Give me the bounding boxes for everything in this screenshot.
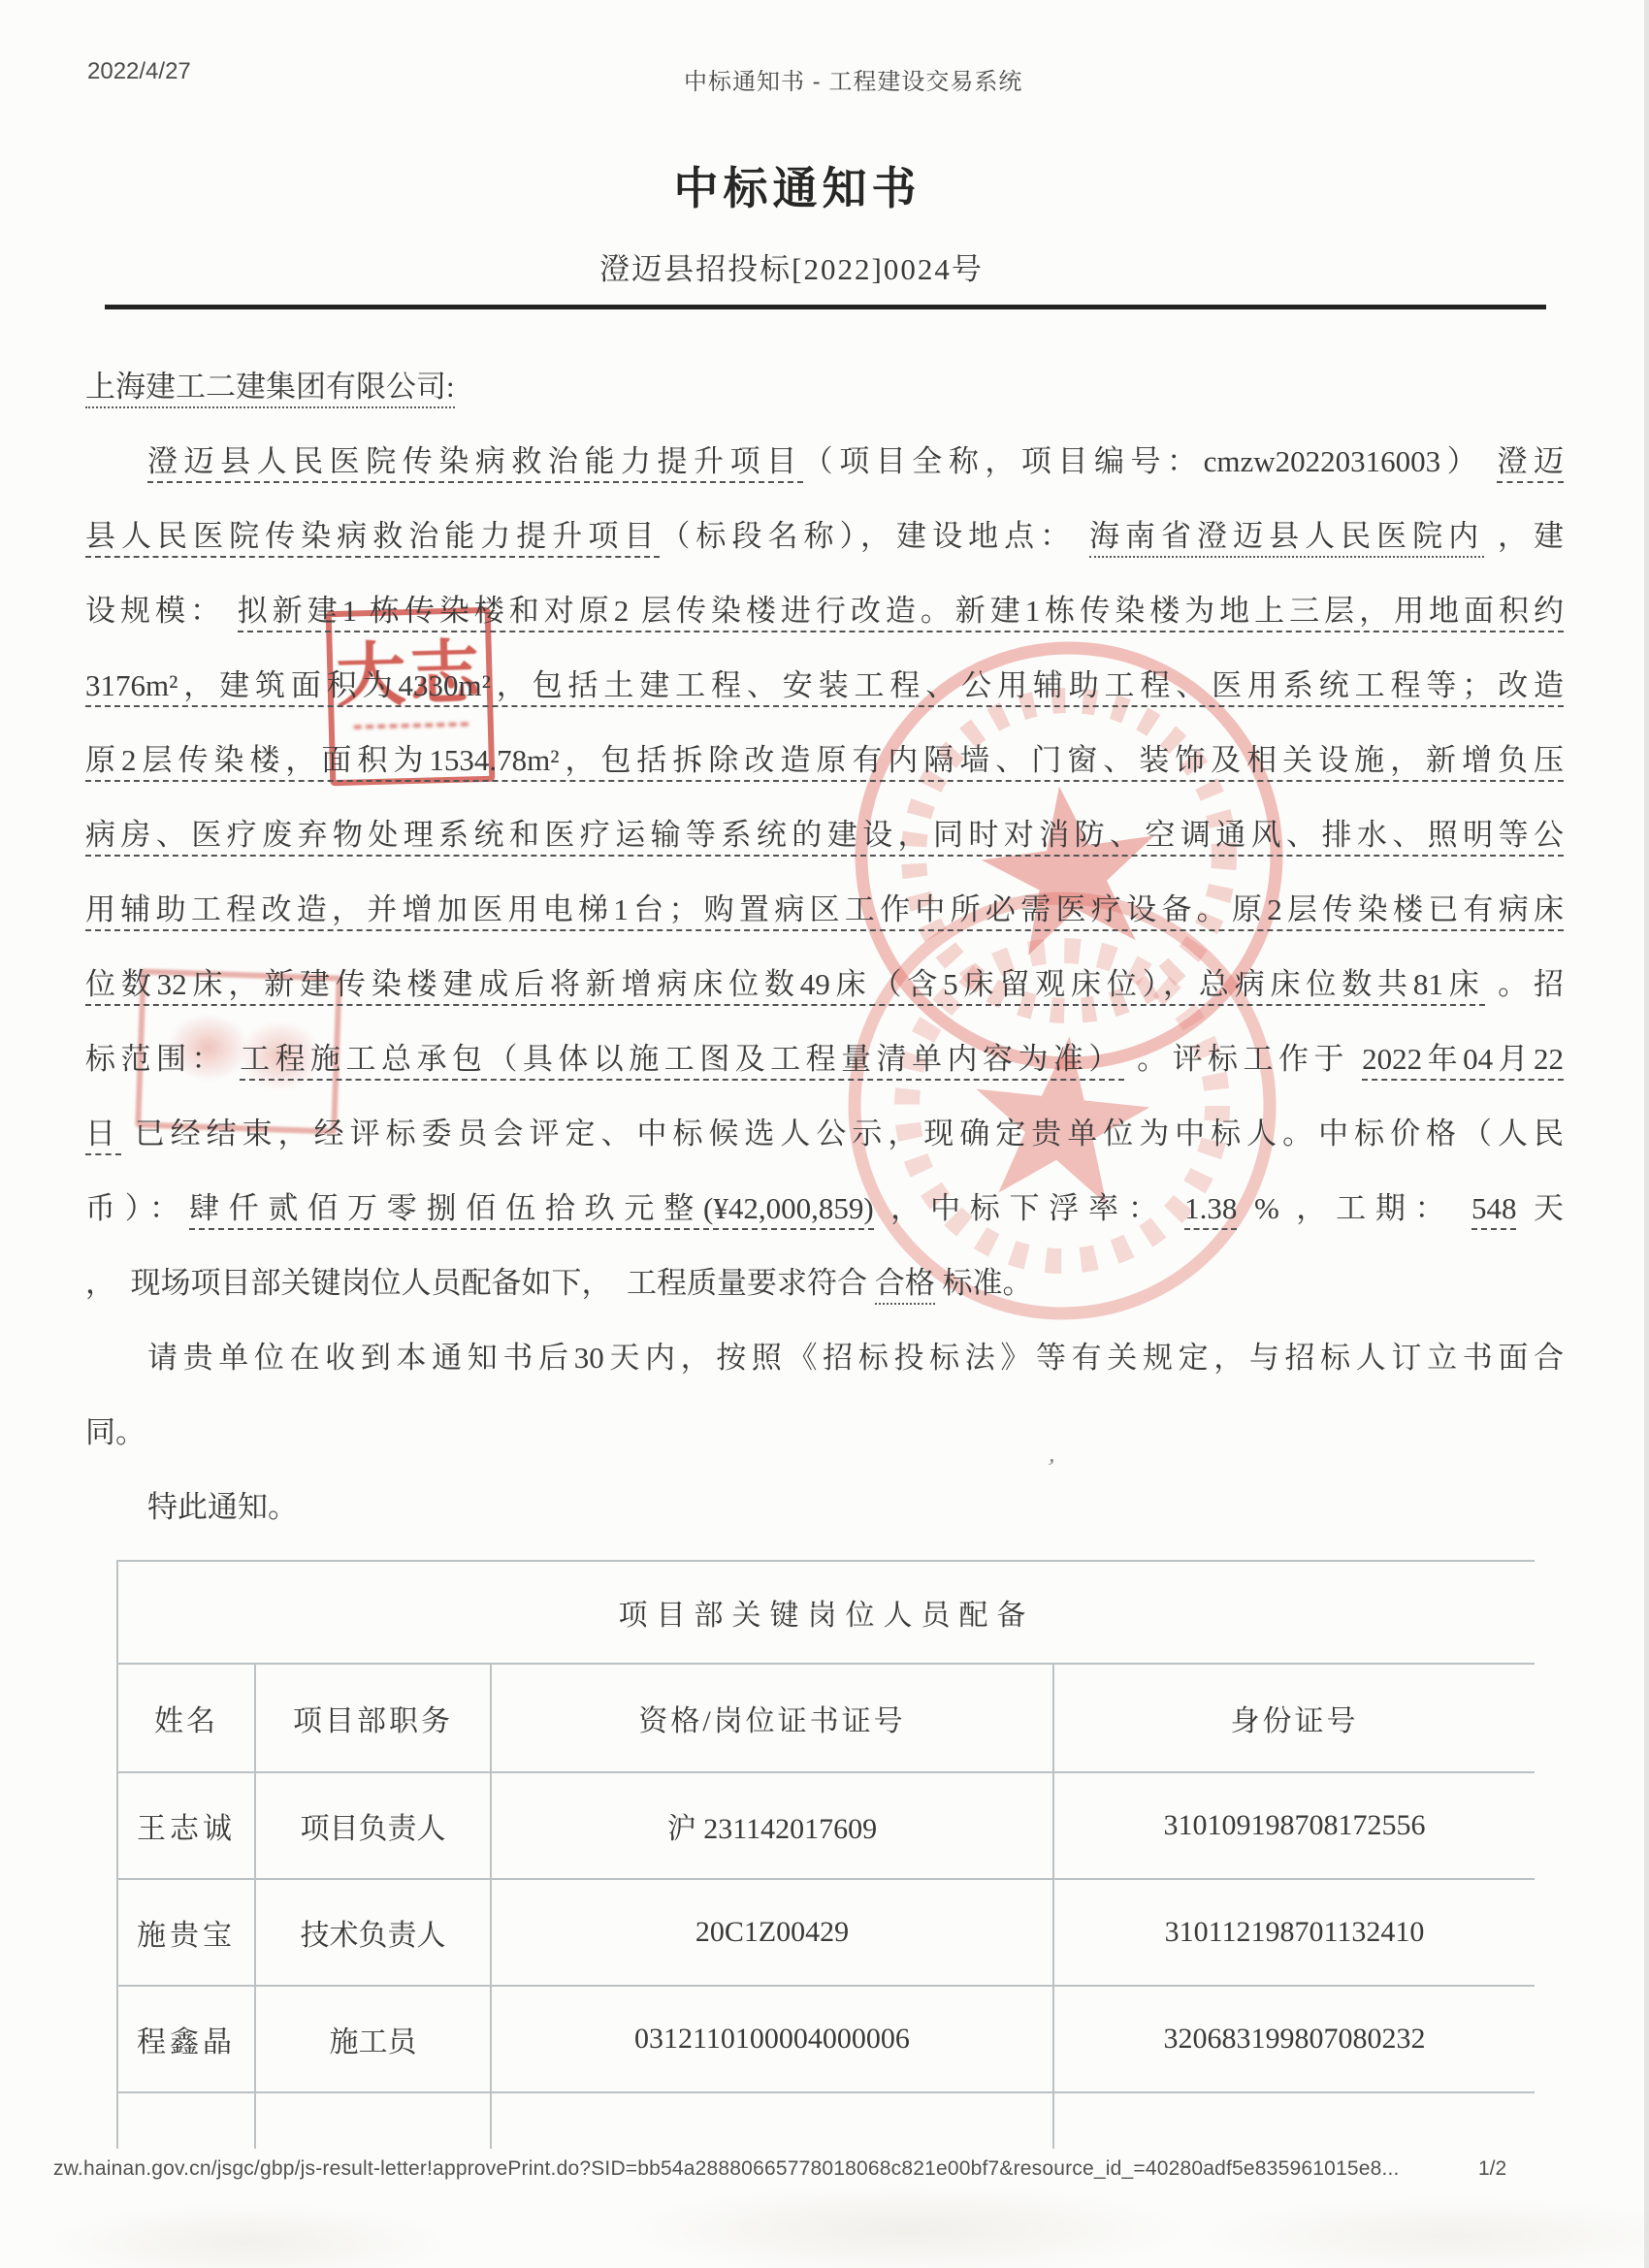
table-row-clipped [117, 2092, 1535, 2149]
document-line: 币）：肆仟贰佰万零捌佰伍拾玖元整(¥42,000,859) ，中标下浮率： 1.… [85, 1171, 1564, 1246]
body-text-segment: 1.38 [1184, 1191, 1237, 1230]
document-title: 中标通知书 [0, 153, 1595, 217]
body-text-segment: 拟新建1 栋传染楼和对原2 层传染楼进行改造。新建1栋传染楼为地上三层，用地面积… [238, 594, 1564, 632]
body-text-segment: 县人民医院传染病救治能力提升项目 [85, 519, 660, 558]
table-cell [117, 2092, 255, 2149]
body-text-segment: ，建 [1484, 519, 1564, 553]
table-cell: 310109198708172556 [1053, 1772, 1535, 1879]
body-text-segment: 3176m²，建筑面积为4330m²，包括土建工程、安装工程、公用辅助工程、医用… [85, 668, 1564, 707]
document-line: 县人民医院传染病救治能力提升项目（标段名称），建设地点： 海南省澄迈县人民医院内… [85, 499, 1564, 573]
document-line: 标范围： 工程施工总承包（具体以施工图及工程量清单内容为准） 。评标工作于 20… [85, 1021, 1564, 1096]
body-text-segment: 上海建工二建集团有限公司: [85, 370, 455, 408]
body-text-segment: 标范围： [85, 1042, 240, 1076]
body-text-segment: 同。 [85, 1415, 145, 1449]
body-text-segment: 标准。 [935, 1266, 1033, 1300]
table-row: 王志诚项目负责人沪 231142017609310109198708172556 [117, 1772, 1535, 1879]
table-row: 程鑫晶施工员0312110100004000006320683199807080… [117, 1986, 1535, 2092]
table-cell: 0312110100004000006 [491, 1986, 1053, 2092]
body-text-segment: 设规模： [85, 594, 238, 628]
personnel-table-title: 项目部关键岗位人员配备 [117, 1561, 1535, 1664]
body-text-segment: 。招 [1485, 967, 1564, 1001]
document-line: ， 现场项目部关键岗位人员配备如下， 工程质量要求符合 合格 标准。 [85, 1246, 1564, 1320]
document-line: 设规模： 拟新建1 栋传染楼和对原2 层传染楼进行改造。新建1栋传染楼为地上三层… [85, 573, 1564, 648]
body-text-segment: 肆仟贰佰万零捌佰伍拾玖元整(¥42,000,859) [189, 1191, 874, 1230]
table-cell: 王志诚 [117, 1772, 255, 1879]
body-text-segment: 已经结束，经评标委员会评定、中标候选人公示，现确定贵单位为中标人。中标价格（人民 [121, 1117, 1564, 1150]
title-divider-rule [105, 305, 1546, 309]
table-cell: 程鑫晶 [117, 1986, 255, 2092]
print-header-title: 中标通知书 - 工程建设交易系统 [684, 62, 1022, 96]
body-text-segment: ， 现场项目部关键岗位人员配备如下， 工程质量要求符合 [85, 1266, 875, 1300]
document-body: 上海建工二建集团有限公司:澄迈县人民医院传染病救治能力提升项目（项目全称，项目编… [85, 349, 1564, 1544]
body-text-segment: 位数32床，新建传染楼建成后将新增病床位数49床（含5床留观床位），总病床位数共… [85, 967, 1485, 1006]
scanned-notice-page: 2022/4/27 中标通知书 - 工程建设交易系统 中标通知书 澄迈县招投标[… [0, 0, 1649, 2268]
personnel-table: 项目部关键岗位人员配备 姓名项目部职务资格/岗位证书证号身份证号 王志诚项目负责… [116, 1560, 1535, 2149]
body-text-segment: 。评标工作于 [1124, 1042, 1362, 1076]
body-text-segment: 海南省澄迈县人民医院内 [1089, 519, 1484, 558]
document-line: 位数32床，新建传染楼建成后将新增病床位数49床（含5床留观床位），总病床位数共… [85, 947, 1564, 1021]
body-text-segment: 特此通知。 [147, 1490, 298, 1524]
table-cell: 施工员 [255, 1986, 491, 2092]
body-text-segment: 原2层传染楼，面积为1534.78m²，包括拆除改造原有内隔墙、门窗、装饰及相关… [85, 743, 1564, 782]
table-cell [491, 2092, 1053, 2149]
table-cell: 320683199807080232 [1053, 1986, 1535, 2092]
scan-bottom-texture [0, 2142, 1649, 2268]
document-line: 原2层传染楼，面积为1534.78m²，包括拆除改造原有内隔墙、门窗、装饰及相关… [85, 723, 1564, 797]
table-cell: 沪 231142017609 [491, 1772, 1053, 1879]
table-cell: 310112198701132410 [1053, 1879, 1535, 1986]
body-text-segment: % ，工期： [1237, 1191, 1471, 1225]
table-header-cell: 身份证号 [1053, 1664, 1535, 1772]
print-date: 2022/4/27 [87, 58, 191, 85]
document-line: 澄迈县人民医院传染病救治能力提升项目（项目全称，项目编号：cmzw2022031… [85, 424, 1564, 499]
table-header-cell: 项目部职务 [255, 1664, 491, 1772]
body-text-segment: ，中标下浮率： [874, 1191, 1185, 1225]
document-line: 用辅助工程改造，并增加医用电梯1台；购置病区工作中所必需医疗设备。原2层传染楼已… [85, 872, 1564, 947]
document-line: 病房、医疗废弃物处理系统和医疗运输等系统的建设，同时对消防、空调通风、排水、照明… [85, 797, 1564, 872]
body-text-segment: 工程施工总承包（具体以施工图及工程量清单内容为准） [240, 1042, 1124, 1081]
table-cell [1053, 2092, 1535, 2149]
document-line: 请贵单位在收到本通知书后30天内，按照《招标投标法》等有关规定，与招标人订立书面… [85, 1320, 1564, 1395]
body-text-segment: 天 [1516, 1191, 1564, 1225]
table-row: 施贵宝技术负责人20C1Z00429310112198701132410 [117, 1879, 1535, 1986]
document-number: 澄迈县招投标[2022]0024号 [0, 244, 1583, 288]
table-cell: 施贵宝 [117, 1879, 255, 1986]
body-text-segment: 用辅助工程改造，并增加医用电梯1台；购置病区工作中所必需医疗设备。原2层传染楼已… [85, 892, 1564, 931]
table-cell: 20C1Z00429 [491, 1879, 1053, 1986]
document-line: 3176m²，建筑面积为4330m²，包括土建工程、安装工程、公用辅助工程、医用… [85, 648, 1564, 723]
table-cell: 技术负责人 [255, 1879, 491, 1986]
document-line: 上海建工二建集团有限公司: [85, 349, 1564, 424]
document-line: 特此通知。 [85, 1470, 1564, 1544]
table-header-cell: 姓名 [117, 1664, 255, 1772]
body-text-segment: （标段名称），建设地点： [660, 519, 1089, 553]
body-text-segment: （项目全称，项目编号：cmzw20220316003） [803, 444, 1498, 478]
body-text-segment: 澄迈县人民医院传染病救治能力提升项目 [147, 444, 803, 483]
body-text-segment: 合格 [875, 1266, 935, 1305]
body-text-segment: 日 [85, 1117, 121, 1155]
body-text-segment: 病房、医疗废弃物处理系统和医疗运输等系统的建设，同时对消防、空调通风、排水、照明… [85, 818, 1564, 857]
table-header-cell: 资格/岗位证书证号 [491, 1664, 1053, 1772]
body-text-segment: 请贵单位在收到本通知书后30天内，按照《招标投标法》等有关规定，与招标人订立书面… [147, 1341, 1564, 1375]
document-line: 同。 [85, 1395, 1564, 1470]
body-text-segment: 币）： [85, 1191, 189, 1225]
scan-edge-shadow [1644, 0, 1649, 2268]
body-text-segment: 2022年04月22 [1362, 1042, 1564, 1081]
body-text-segment: 548 [1471, 1191, 1517, 1230]
document-line: 日 已经结束，经评标委员会评定、中标候选人公示，现确定贵单位为中标人。中标价格（… [85, 1096, 1564, 1171]
table-cell [255, 2092, 491, 2149]
body-text-segment: 澄迈 [1497, 444, 1564, 483]
table-cell: 项目负责人 [255, 1772, 491, 1879]
